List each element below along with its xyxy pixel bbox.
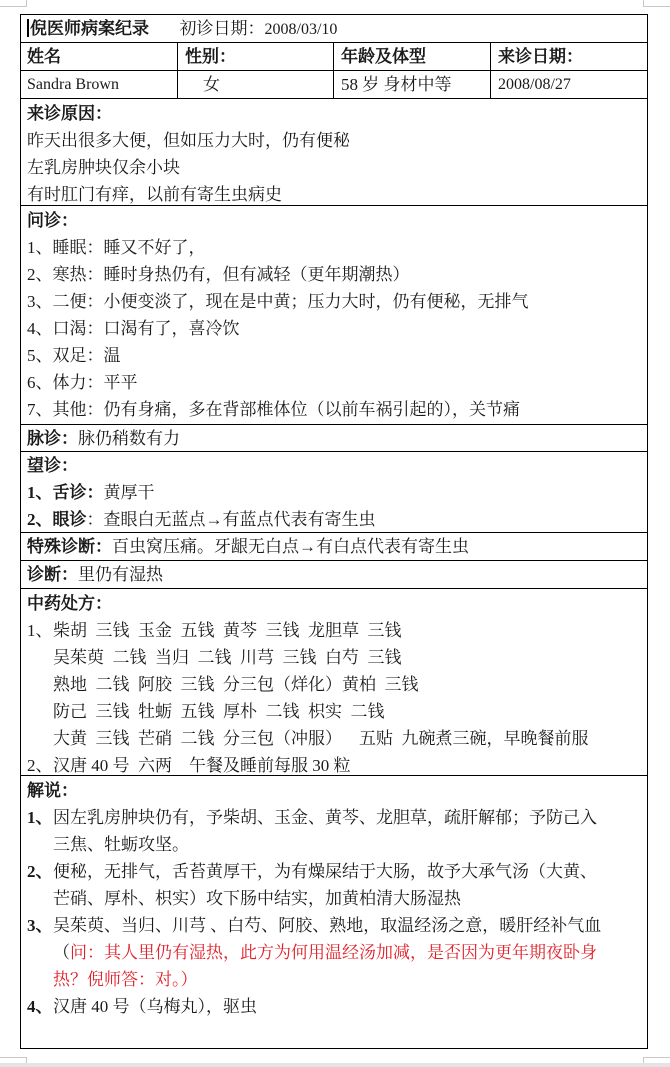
explanation-section: 解说： 1、因左乳房肿块仍有，予柴胡、玉金、黄芩、龙胆草，疏肝解郁；予防己入 三… — [21, 775, 647, 1048]
explanation-item: 3、吴茱萸、当归、川芎 、白芍、阿胶、熟地，取温经汤之意，暖肝经补气血 （问：其… — [27, 912, 647, 993]
reason-line: 有时肛门有痒，以前有寄生虫病史 — [27, 181, 647, 208]
page-corner-mark — [0, 0, 27, 7]
pulse-value: 脉仍稍数有力 — [78, 429, 180, 448]
reason-line: 昨天出很多大便，但如压力大时，仍有便秘 — [27, 127, 647, 154]
patient-values-row: Sandra Brown 女 58 岁 身材中等 2008/08/27 — [21, 70, 647, 99]
patient-sex: 女 — [203, 71, 220, 99]
inquiry-item: 3、二便：小便变淡了，现在是中黄；压力大时，仍有便秘，无排气 — [27, 288, 647, 315]
explanation-item: 4、汉唐 40 号（乌梅丸），驱虫 — [27, 993, 647, 1020]
teacher-note: 热？倪师答：对。） — [27, 966, 647, 993]
diagnosis-value: 里仍有湿热 — [78, 565, 163, 584]
patient-header-row: 姓名 性别： 年龄及体型 来诊日期： — [21, 42, 647, 70]
teacher-note: （问：其人里仍有湿热，此方为何用温经汤加减，是否因为更年期夜卧身 — [27, 939, 647, 966]
inquiry-item: 6、体力：平平 — [27, 369, 647, 396]
inspection-item: 1、舌诊：黄厚干 — [27, 479, 647, 506]
record-title: 倪医师病案纪录 — [30, 19, 149, 38]
special-value: 百虫窝压痛。牙龈无白点→有白点代表有寄生虫 — [112, 537, 469, 556]
prescription-line: 防己 三钱 牡蛎 五钱 厚朴 二钱 枳实 二钱 — [27, 698, 647, 725]
prescription-line: 大黄 三钱 芒硝 二钱 分三包（冲服） 五贴 九碗煮三碗，早晚餐前服 — [27, 725, 647, 752]
diagnosis-section: 诊断：里仍有湿热 — [21, 560, 647, 589]
inquiry-item: 2、寒热：睡时身热仍有，但有减轻（更年期潮热） — [27, 261, 647, 288]
title-row: 倪医师病案纪录 初诊日期：2008/03/10 — [21, 15, 647, 42]
reason-label: 来诊原因： — [27, 100, 647, 127]
special-diagnosis-section: 特殊诊断：百虫窝压痛。牙龈无白点→有白点代表有寄生虫 — [21, 532, 647, 561]
col-age-header: 年龄及体型 — [341, 43, 426, 70]
special-label: 特殊诊断： — [27, 537, 112, 556]
case-record-table: 倪医师病案纪录 初诊日期：2008/03/10 姓名 性别： 年龄及体型 来诊日… — [20, 14, 648, 1049]
pulse-section: 脉诊：脉仍稍数有力 — [21, 424, 647, 452]
inquiry-item: 1、睡眠：睡又不好了， — [27, 234, 647, 261]
explanation-item: 1、因左乳房肿块仍有，予柴胡、玉金、黄芩、龙胆草，疏肝解郁；予防己入 三焦、牡蛎… — [27, 804, 647, 858]
inquiry-item: 4、口渴：口渴有了，喜冷饮 — [27, 315, 647, 342]
page-corner-mark — [643, 0, 670, 7]
patient-name: Sandra Brown — [27, 71, 119, 99]
visit-date: 2008/08/27 — [498, 71, 571, 99]
patient-age-build: 58 岁 身材中等 — [341, 71, 452, 99]
diagnosis-label: 诊断： — [27, 565, 78, 584]
inquiry-label: 问诊： — [27, 207, 647, 234]
page-gap — [0, 1063, 670, 1067]
first-visit-date: 2008/03/10 — [265, 21, 338, 38]
inquiry-item: 5、双足：温 — [27, 342, 647, 369]
first-visit-label: 初诊日期： — [180, 19, 265, 38]
prescription-line: 1、柴胡 三钱 玉金 五钱 黄芩 三钱 龙胆草 三钱 — [27, 617, 647, 644]
reason-section: 来诊原因： 昨天出很多大便，但如压力大时，仍有便秘 左乳房肿块仅余小块 有时肛门… — [21, 98, 647, 206]
inspection-item: 2、眼诊：查眼白无蓝点→有蓝点代表有寄生虫 — [27, 506, 647, 533]
explanation-item: 2、便秘，无排气，舌苔黄厚干，为有燥屎结于大肠，故予大承气汤（大黄、 芒硝、厚朴… — [27, 858, 647, 912]
col-sex-header: 性别： — [185, 43, 236, 70]
prescription-section: 中药处方： 1、柴胡 三钱 玉金 五钱 黄芩 三钱 龙胆草 三钱 吴茱萸 二钱 … — [21, 588, 647, 776]
prescription-label: 中药处方： — [27, 590, 647, 617]
inquiry-section: 问诊： 1、睡眠：睡又不好了， 2、寒热：睡时身热仍有，但有减轻（更年期潮热） … — [21, 205, 647, 425]
inspection-section: 望诊： 1、舌诊：黄厚干 2、眼诊：查眼白无蓝点→有蓝点代表有寄生虫 — [21, 451, 647, 533]
pulse-label: 脉诊： — [27, 429, 78, 448]
reason-line: 左乳房肿块仅余小块 — [27, 154, 647, 181]
explanation-label: 解说： — [27, 777, 647, 804]
inspection-label: 望诊： — [27, 452, 647, 479]
col-name-header: 姓名 — [27, 43, 61, 70]
prescription-line: 吴茱萸 二钱 当归 二钱 川芎 三钱 白芍 三钱 — [27, 644, 647, 671]
prescription-line: 熟地 二钱 阿胶 三钱 分三包（烊化）黄柏 三钱 — [27, 671, 647, 698]
text-cursor — [27, 19, 29, 37]
col-visit-date-header: 来诊日期： — [498, 43, 583, 70]
inquiry-item: 7、其他：仍有身痛，多在背部椎体位（以前车祸引起的），关节痛 — [27, 396, 647, 423]
